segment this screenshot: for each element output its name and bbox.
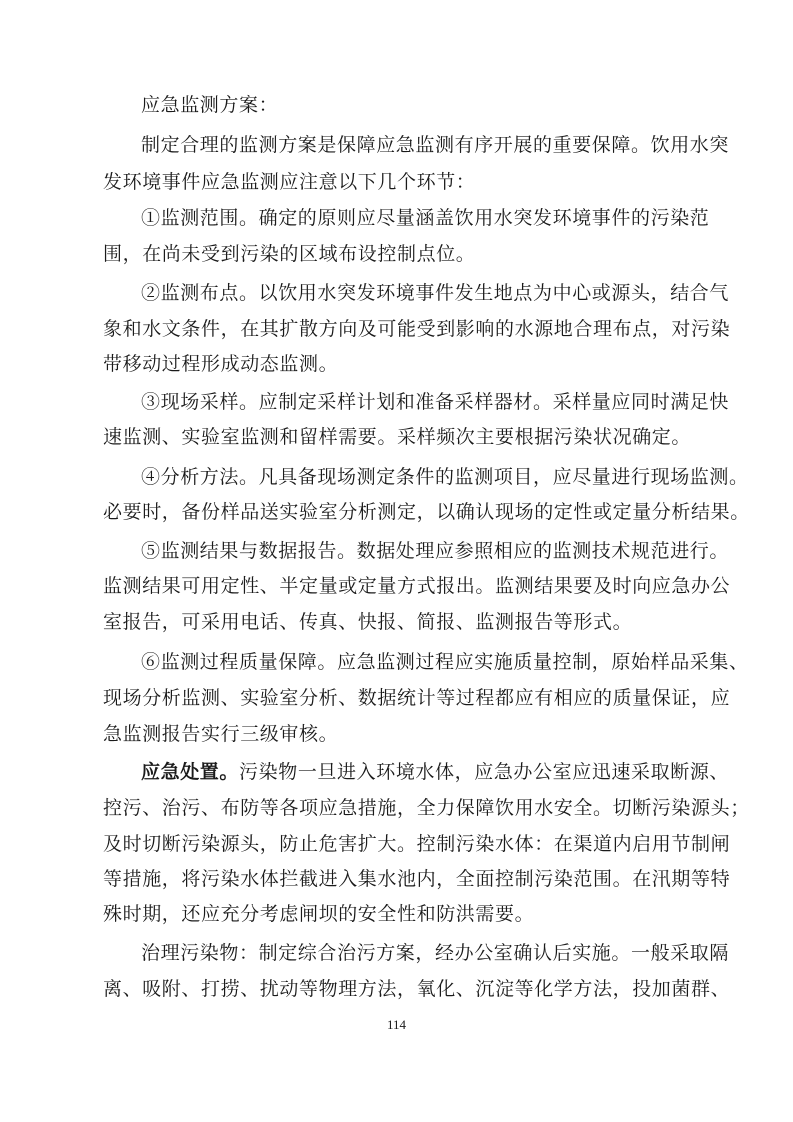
paragraph-line: 治理污染物：制定综合治污方案，经办公室确认后实施。一般采取隔 xyxy=(141,941,700,965)
paragraph-line: ③现场采样。应制定采样计划和准备采样器材。采样量应同时满足快 xyxy=(141,390,700,414)
paragraph-line: 离、吸附、打捞、扰动等物理方法，氧化、沉淀等化学方法，投加菌群、 xyxy=(103,977,700,1001)
paragraph-line: 象和水文条件，在其扩散方向及可能受到影响的水源地合理布点，对污染 xyxy=(103,317,700,341)
paragraph-line: ⑥监测过程质量保障。应急监测过程应实施质量控制，原始样品采集、 xyxy=(141,650,700,674)
paragraph-line: 及时切断污染源头，防止危害扩大。控制污染水体：在渠道内启用节制闸 xyxy=(103,832,700,856)
paragraph-line: 监测结果可用定性、半定量或定量方式报出。监测结果要及时向应急办公 xyxy=(103,574,700,598)
paragraph-line: ⑤监测结果与数据报告。数据处理应参照相应的监测技术规范进行。 xyxy=(141,539,700,563)
paragraph-line: ②监测布点。以饮用水突发环境事件发生地点为中心或源头，结合气 xyxy=(141,281,700,305)
paragraph-line: 带移动过程形成动态监测。 xyxy=(103,352,700,376)
paragraph-line: ①监测范围。确定的原则应尽量涵盖饮用水突发环境事件的污染范 xyxy=(141,206,700,230)
bold-lead-term: 应急处置。 xyxy=(141,761,239,783)
section-heading: 应急监测方案： xyxy=(141,93,700,117)
paragraph-line: 室报告，可采用电话、传真、快报、简报、监测报告等形式。 xyxy=(103,610,700,634)
paragraph-line: 必要时，备份样品送实验室分析测定，以确认现场的定性或定量分析结果。 xyxy=(103,500,700,524)
paragraph-line: 围，在尚未受到污染的区域布设控制点位。 xyxy=(103,242,700,266)
paragraph-line: ④分析方法。凡具备现场测定条件的监测项目，应尽量进行现场监测。 xyxy=(141,465,700,489)
paragraph-line: 现场分析监测、实验室分析、数据统计等过程都应有相应的质量保证，应 xyxy=(103,686,700,710)
paragraph-line: 急监测报告实行三级审核。 xyxy=(103,722,700,746)
paragraph-line-emergency: 应急处置。污染物一旦进入环境水体，应急办公室应迅速采取断源、 xyxy=(141,760,700,784)
paragraph-line-rest: 污染物一旦进入环境水体，应急办公室应迅速采取断源、 xyxy=(239,761,729,783)
paragraph-line: 殊时期，还应充分考虑闸坝的安全性和防洪需要。 xyxy=(103,902,700,926)
document-page: 应急监测方案： 制定合理的监测方案是保障应急监测有序开展的重要保障。饮用水突 发… xyxy=(0,0,793,1122)
paragraph-line: 等措施，将污染水体拦截进入集水池内，全面控制污染范围。在汛期等特 xyxy=(103,867,700,891)
paragraph-line: 速监测、实验室监测和留样需要。采样频次主要根据污染状况确定。 xyxy=(103,425,700,449)
paragraph-line: 控污、治污、布防等各项应急措施，全力保障饮用水安全。切断污染源头； xyxy=(103,796,700,820)
paragraph-line: 制定合理的监测方案是保障应急监测有序开展的重要保障。饮用水突 xyxy=(141,133,700,157)
paragraph-line: 发环境事件应急监测应注意以下几个环节： xyxy=(103,170,700,194)
page-number: 114 xyxy=(0,1017,793,1033)
